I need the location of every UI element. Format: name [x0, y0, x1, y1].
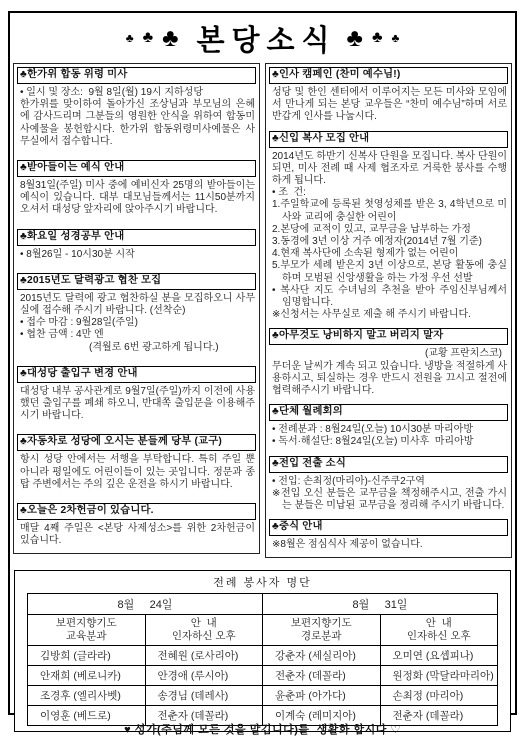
right-column: ♣인사 캠페인 (찬미 예수님!)성당 및 한인 센터에서 이루어지는 모든 미… [265, 63, 512, 558]
text-line: (교황 프란치스코) [269, 348, 508, 360]
section-heading: ♣화요일 성경공부 안내 [17, 229, 256, 246]
text-line: 성당 및 한인 센터에서 이루어지는 모든 미사와 모임에서 만나게 되는 본당… [269, 87, 508, 124]
roster-date-row: 8월 24일8월 31일 [28, 594, 498, 615]
roster-name-cell: 전춘자 (데꼴라) [263, 666, 381, 686]
page-title: 본당소식 [196, 18, 336, 59]
text-line: • 접수 마감 : 9월28일(주일) [17, 317, 256, 329]
text-line: ※전입 오신 분들은 교무금을 책정해주시고, 전출 가시는 분들은 미납된 교… [269, 488, 508, 512]
text-line: 4.현재 복사단에 소속된 형제가 없는 어린이 [269, 248, 508, 260]
section-entrance-change: ♣대성당 출입구 변경 안내대성당 내부 공사관계로 9월7일(주일)까지 이전… [17, 366, 256, 423]
text-line: • 복사단 지도 수녀님의 추천을 받아 주임신부님께서 임명합니다. [269, 285, 508, 309]
title-ornaments-right: ♣♣♣ [347, 26, 400, 51]
roster-row: 조경후 (엘리사벳)송경님 (데레사)윤춘파 (아가다)손최정 (마리아) [28, 686, 498, 706]
section-no-waste: ♣아무것도 낭비하지 말고 버리지 말자(교황 프란치스코)무더운 날씨가 계속… [269, 328, 508, 397]
club-icon: ♣ [347, 26, 363, 51]
club-icon: ♣ [372, 30, 383, 46]
club-icon: ♣ [391, 32, 399, 44]
club-icon: ♣ [143, 30, 154, 46]
roster-role-cell: 보편지향기도교육분과 [28, 615, 146, 646]
roster-name-cell: 전혜원 (로사리아) [145, 646, 263, 666]
text-line: 3.동경에 3년 이상 거주 예정자(2014년 7월 기준) [269, 236, 508, 248]
role-line-1: 보편지향기도 [28, 617, 145, 630]
section-heading: ♣신입 복사 모집 안내 [269, 131, 508, 148]
roster-name-cell: 조경후 (엘리사벳) [28, 686, 146, 706]
section-heading: ♣단체 월례회의 [269, 404, 508, 421]
section-heading: ♣중식 안내 [269, 519, 508, 536]
section-driving-notice: ♣자동차로 성당에 오시는 분들께 당부 (교구)항시 성당 안에서는 서행을 … [17, 434, 256, 491]
section-heading: ♣2015년도 달력광고 협찬 모집 [17, 273, 256, 290]
section-hangawi-mass: ♣한가위 합동 위령 미사• 일시 및 장소: 9월 8일(월) 19시 지하성… [17, 67, 256, 148]
role-line-2: 인자하신 오후 [146, 630, 263, 643]
roster-title: 전례 봉사자 명단 [27, 572, 498, 593]
roster-frame: 전례 봉사자 명단 8월 24일8월 31일보편지향기도교육분과안 내인자하신 … [14, 570, 511, 732]
title-ornaments-left: ♣♣♣ [126, 26, 179, 51]
text-line: 1.주일학교에 등록된 첫영성체를 받은 3, 4학년으로 미사와 교리에 충실… [269, 199, 508, 223]
roster-name-cell: 안재희 (베로니카) [28, 666, 146, 686]
left-column: ♣한가위 합동 위령 미사• 일시 및 장소: 9월 8일(월) 19시 지하성… [13, 63, 260, 554]
section-move-in-out: ♣전입 전출 소식• 전입: 손최정(마리아)-신주쿠2구역※전입 오신 분들은… [269, 456, 508, 513]
roster-name-cell: 안경애 (루시아) [145, 666, 263, 686]
section-heading: ♣오늘은 2차헌금이 있습니다. [17, 503, 256, 520]
section-heading: ♣인사 캠페인 (찬미 예수님!) [269, 67, 508, 84]
text-line: 매달 4째 주일은 <본당 사제성소>를 위한 2차헌금이 있습니다. [17, 523, 256, 547]
section-heading: ♣대성당 출입구 변경 안내 [17, 366, 256, 383]
text-line: 2015년도 달력에 광고 협찬하실 분을 모집하오니 사무실에 접수해 주시기… [17, 293, 256, 317]
section-heading: ♣아무것도 낭비하지 말고 버리지 말자 [269, 328, 508, 345]
bulletin-title-bar: ♣♣♣ 본당소식 ♣♣♣ [13, 13, 512, 63]
text-line: ※8월은 점심식사 제공이 없습니다. [269, 539, 508, 551]
roster-table: 8월 24일8월 31일보편지향기도교육분과안 내인자하신 오후보편지향기도경로… [27, 593, 498, 726]
text-line: 한가위를 맞이하여 돌아가신 조상님과 부모님의 은혜에 감사드리며 그분들의 … [17, 99, 256, 148]
roster-role-cell: 안 내인자하신 오후 [145, 615, 263, 646]
section-heading: ♣받아들이는 예식 안내 [17, 160, 256, 177]
section-altar-server-recruit: ♣신입 복사 모집 안내2014년도 하반기 신복사 단원을 모집니다. 복사 … [269, 131, 508, 322]
text-line: 무더운 날씨가 계속 되고 있습니다. 냉방을 적절하게 사용하시고, 퇴실하는… [269, 361, 508, 398]
section-calendar-ads: ♣2015년도 달력광고 협찬 모집2015년도 달력에 광고 협찬하실 분을 … [17, 273, 256, 354]
roster-date-cell: 8월 31일 [263, 594, 498, 615]
section-tuesday-bible-study: ♣화요일 성경공부 안내• 8월26일 - 10시30분 시작 [17, 229, 256, 261]
section-group-meetings: ♣단체 월례회의• 전례분과 : 8월24일(오늘) 10시30분 마리아방• … [269, 404, 508, 448]
content-columns: ♣한가위 합동 위령 미사• 일시 및 장소: 9월 8일(월) 19시 지하성… [13, 63, 512, 567]
text-line: ※신청서는 사무실로 제출 해 주시기 바랍니다. [269, 309, 508, 321]
role-line-2: 인자하신 오후 [381, 630, 498, 643]
role-line-1: 안 내 [146, 617, 263, 630]
roster-name-cell: 오미연 (요셉피나) [380, 646, 498, 666]
section-reception-rite: ♣받아들이는 예식 안내8월31일(주일) 미사 중에 예비신자 25명의 받아… [17, 160, 256, 217]
roster-date-cell: 8월 24일 [28, 594, 263, 615]
text-line: • 일시 및 장소: 9월 8일(월) 19시 지하성당 [17, 87, 256, 99]
page-frame: ♣♣♣ 본당소식 ♣♣♣ ♣한가위 합동 위령 미사• 일시 및 장소: 9월 … [8, 11, 517, 715]
club-icon: ♣ [162, 26, 178, 51]
roster-role-cell: 보편지향기도경로분과 [263, 615, 381, 646]
role-line-2: 경로분과 [263, 630, 380, 643]
text-line: • 독서·해설단: 8월24일(오늘) 미사후 마리아방 [269, 436, 508, 448]
role-line-1: 보편지향기도 [263, 617, 380, 630]
text-line: • 8월26일 - 10시30분 시작 [17, 249, 256, 261]
text-line: 2014년도 하반기 신복사 단원을 모집니다. 복사 단원이 되면, 미사 전… [269, 151, 508, 188]
text-line: • 조 건: [269, 187, 508, 199]
roster-name-cell: 송경님 (데레사) [145, 686, 263, 706]
text-line: (격월로 6번 광고하게 됩니다.) [17, 342, 256, 354]
text-line: 5.부모가 세례 받은지 3년 이상으로, 본당 활동에 충실하며 모범된 신앙… [269, 260, 508, 284]
roster-name-cell: 윤춘파 (아가다) [263, 686, 381, 706]
text-line: • 전례분과 : 8월24일(오늘) 10시30분 마리아방 [269, 424, 508, 436]
section-heading: ♣한가위 합동 위령 미사 [17, 67, 256, 84]
roster-name-cell: 강춘자 (세실리아) [263, 646, 381, 666]
roster-name-cell: 김방희 (글라라) [28, 646, 146, 666]
section-heading: ♣자동차로 성당에 오시는 분들께 당부 (교구) [17, 434, 256, 451]
footer-motto: ♥ 성가(주님께 모든 것을 맡깁니다)를 생활화 합시다 ♡ [0, 721, 525, 737]
roster-name-cell: 손최정 (마리아) [380, 686, 498, 706]
section-heading: ♣전입 전출 소식 [269, 456, 508, 473]
role-line-2: 교육분과 [28, 630, 145, 643]
section-lunch-notice: ♣중식 안내※8월은 점심식사 제공이 없습니다. [269, 519, 508, 551]
roster-name-cell: 원정화 (막달라마리아) [380, 666, 498, 686]
roster-role-row: 보편지향기도교육분과안 내인자하신 오후보편지향기도경로분과안 내인자하신 오후 [28, 615, 498, 646]
text-line: 대성당 내부 공사관계로 9월7일(주일)까지 이전에 사용했던 출입구를 폐쇄… [17, 386, 256, 423]
text-line: 8월31일(주일) 미사 중에 예비신자 25명의 받아들이는 예식이 있습니다… [17, 180, 256, 217]
section-second-collection: ♣오늘은 2차헌금이 있습니다.매달 4째 주일은 <본당 사제성소>를 위한 … [17, 503, 256, 547]
text-line: • 전입: 손최정(마리아)-신주쿠2구역 [269, 476, 508, 488]
roster-row: 김방희 (글라라)전혜원 (로사리아)강춘자 (세실리아)오미연 (요셉피나) [28, 646, 498, 666]
roster-role-cell: 안 내인자하신 오후 [380, 615, 498, 646]
text-line: 2.본당에 교적이 있고, 교무금을 납부하는 가정 [269, 224, 508, 236]
section-greeting-campaign: ♣인사 캠페인 (찬미 예수님!)성당 및 한인 센터에서 이루어지는 모든 미… [269, 67, 508, 124]
roster-row: 안재희 (베로니카)안경애 (루시아)전춘자 (데꼴라)원정화 (막달라마리아) [28, 666, 498, 686]
club-icon: ♣ [126, 32, 134, 44]
role-line-1: 안 내 [381, 617, 498, 630]
text-line: • 협찬 금액 : 4만 엔 [17, 329, 256, 341]
text-line: 항시 성당 안에서는 서행을 부탁합니다. 특히 주일 뿐 아니라 평일에도 어… [17, 454, 256, 491]
